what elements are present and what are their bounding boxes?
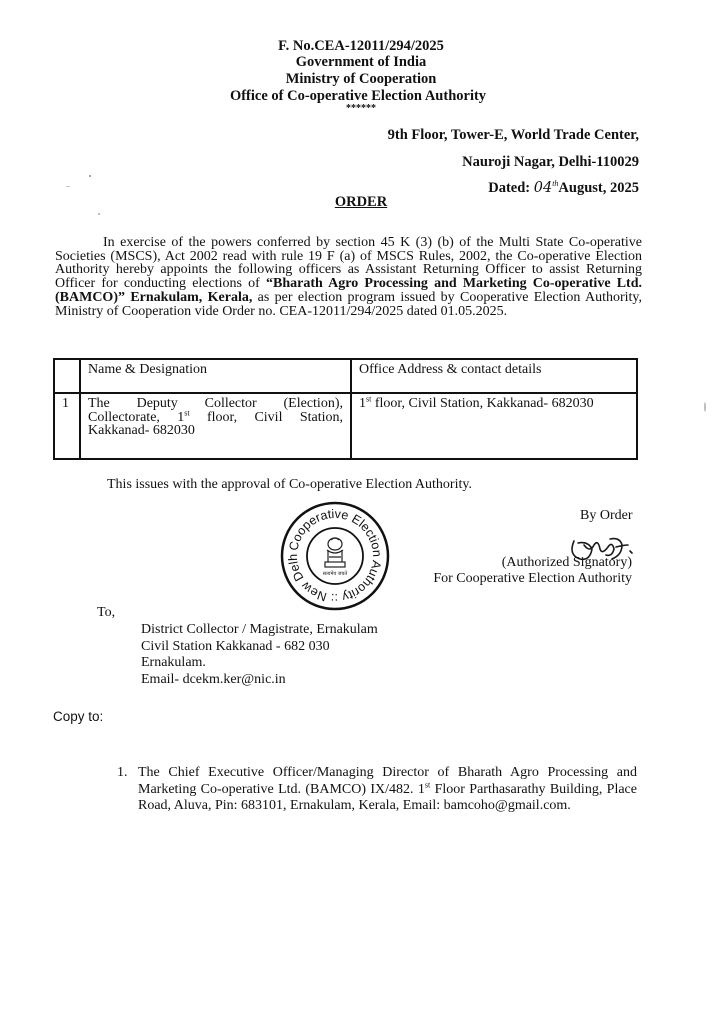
address-line-2: Nauroji Nagar, Delhi-110029 <box>462 154 639 171</box>
to-label: To, <box>97 605 115 621</box>
by-order-label: By Order <box>580 508 633 524</box>
recipient-line: Civil Station Kakkanad - 682 030 <box>141 639 378 656</box>
approval-statement: This issues with the approval of Co-oper… <box>107 477 472 493</box>
cell-sno: 1 <box>54 393 80 459</box>
order-paragraph: In exercise of the powers conferred by s… <box>55 236 642 318</box>
scan-speck <box>89 175 91 177</box>
authorized-signatory-label: (Authorized Signatory) <box>420 555 632 571</box>
table-header-row: Name & Designation Office Address & cont… <box>54 359 637 393</box>
scan-speck <box>66 186 70 187</box>
recipient-address: District Collector / Magistrate, Ernakul… <box>141 622 378 688</box>
header-name-designation: Name & Designation <box>80 359 351 393</box>
government-heading: Government of India <box>0 54 722 70</box>
file-number: F. No.CEA-12011/294/2025 <box>0 38 722 54</box>
authority-seal-icon: Cooperative Election Authority :: New De… <box>279 500 391 612</box>
address-line-1: 9th Floor, Tower-E, World Trade Center, <box>388 127 639 144</box>
copy-item-text: The Chief Executive Officer/Managing Dir… <box>138 765 637 815</box>
ministry-heading: Ministry of Cooperation <box>0 71 722 87</box>
order-title: ORDER <box>0 194 722 211</box>
scan-speck <box>704 402 706 412</box>
recipient-line: Ernakulam. <box>141 655 378 672</box>
cell-office-address: 1st floor, Civil Station, Kakkanad- 6820… <box>351 393 637 459</box>
copy-to-item: 1. The Chief Executive Officer/Managing … <box>117 765 637 815</box>
copy-to-label: Copy to: <box>53 709 103 724</box>
cell-name-designation: The Deputy Collector (Election), Collect… <box>80 393 351 459</box>
separator-stars: ****** <box>0 104 722 114</box>
signatory-block: (Authorized Signatory) For Cooperative E… <box>420 555 632 587</box>
office-heading: Office of Co-operative Election Authorit… <box>0 88 719 104</box>
officers-table: Name & Designation Office Address & cont… <box>53 358 638 460</box>
recipient-email: Email- dcekm.ker@nic.in <box>141 672 378 689</box>
table-row: 1 The Deputy Collector (Election), Colle… <box>54 393 637 459</box>
copy-item-number: 1. <box>117 765 128 782</box>
header-office-address: Office Address & contact details <box>351 359 637 393</box>
for-authority-label: For Cooperative Election Authority <box>420 571 632 587</box>
svg-text:सत्यमेव जयते: सत्यमेव जयते <box>323 570 348 577</box>
scan-speck <box>98 213 100 215</box>
recipient-line: District Collector / Magistrate, Ernakul… <box>141 622 378 639</box>
header-sno <box>54 359 80 393</box>
